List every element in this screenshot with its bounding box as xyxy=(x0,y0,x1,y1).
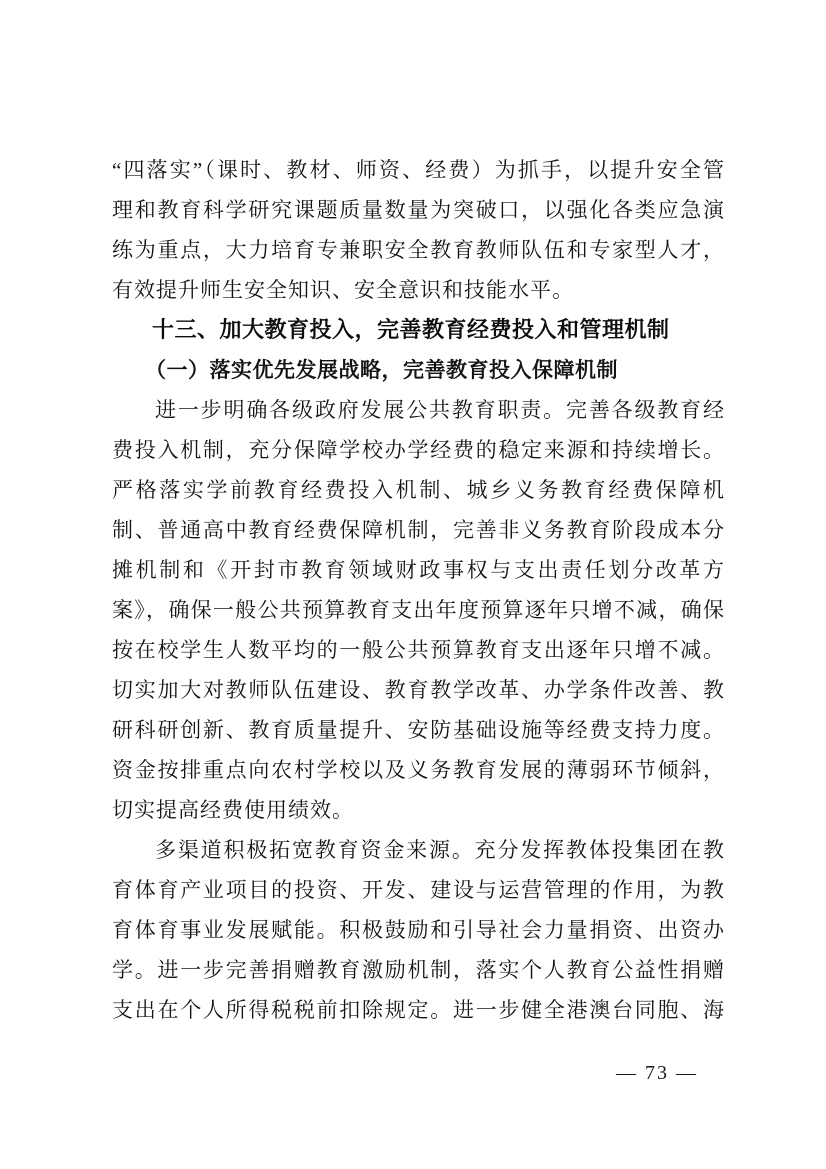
paragraph-line: 支出在个人所得税税前扣除规定。进一步健全港澳台同胞、海 xyxy=(112,990,724,1030)
paragraph-line: “四落实”（课时、教材、师资、经费）为抓手，以提升安全管 xyxy=(112,150,724,190)
paragraph-line: 育体育事业发展赋能。积极鼓励和引导社会力量捐资、出资办 xyxy=(112,910,724,950)
paragraph-line: 育体育产业项目的投资、开发、建设与运营管理的作用，为教 xyxy=(112,870,724,910)
section-heading: 十三、加大教育投入，完善教育经费投入和管理机制 xyxy=(112,310,724,350)
subsection-heading: （一）落实优先发展战略，完善教育投入保障机制 xyxy=(112,350,724,390)
paragraph-line: 练为重点，大力培育专兼职安全教育教师队伍和专家型人才， xyxy=(112,230,724,270)
paragraph-line: 制、普通高中教育经费保障机制，完善非义务教育阶段成本分 xyxy=(112,510,724,550)
document-page: “四落实”（课时、教材、师资、经费）为抓手，以提升安全管 理和教育科学研究课题质… xyxy=(0,0,826,1169)
paragraph-line: 有效提升师生安全知识、安全意识和技能水平。 xyxy=(112,270,724,310)
paragraph-line: 摊机制和《开封市教育领域财政事权与支出责任划分改革方 xyxy=(112,550,724,590)
page-number: — 73 — xyxy=(616,1058,698,1088)
paragraph-line: 研科研创新、教育质量提升、安防基础设施等经费支持力度。 xyxy=(112,710,724,750)
paragraph-line: 学。进一步完善捐赠教育激励机制，落实个人教育公益性捐赠 xyxy=(112,950,724,990)
paragraph-line: 切实提高经费使用绩效。 xyxy=(112,790,724,830)
paragraph-line: 严格落实学前教育经费投入机制、城乡义务教育经费保障机 xyxy=(112,470,724,510)
paragraph-line: 进一步明确各级政府发展公共教育职责。完善各级教育经 xyxy=(112,390,724,430)
document-body: “四落实”（课时、教材、师资、经费）为抓手，以提升安全管 理和教育科学研究课题质… xyxy=(112,150,724,1030)
paragraph-line: 案》，确保一般公共预算教育支出年度预算逐年只增不减，确保 xyxy=(112,590,724,630)
paragraph-line: 资金按排重点向农村学校以及义务教育发展的薄弱环节倾斜， xyxy=(112,750,724,790)
paragraph-line: 多渠道积极拓宽教育资金来源。充分发挥教体投集团在教 xyxy=(112,830,724,870)
paragraph-line: 按在校学生人数平均的一般公共预算教育支出逐年只增不减。 xyxy=(112,630,724,670)
paragraph-line: 理和教育科学研究课题质量数量为突破口，以强化各类应急演 xyxy=(112,190,724,230)
paragraph-line: 切实加大对教师队伍建设、教育教学改革、办学条件改善、教 xyxy=(112,670,724,710)
paragraph-line: 费投入机制，充分保障学校办学经费的稳定来源和持续增长。 xyxy=(112,430,724,470)
